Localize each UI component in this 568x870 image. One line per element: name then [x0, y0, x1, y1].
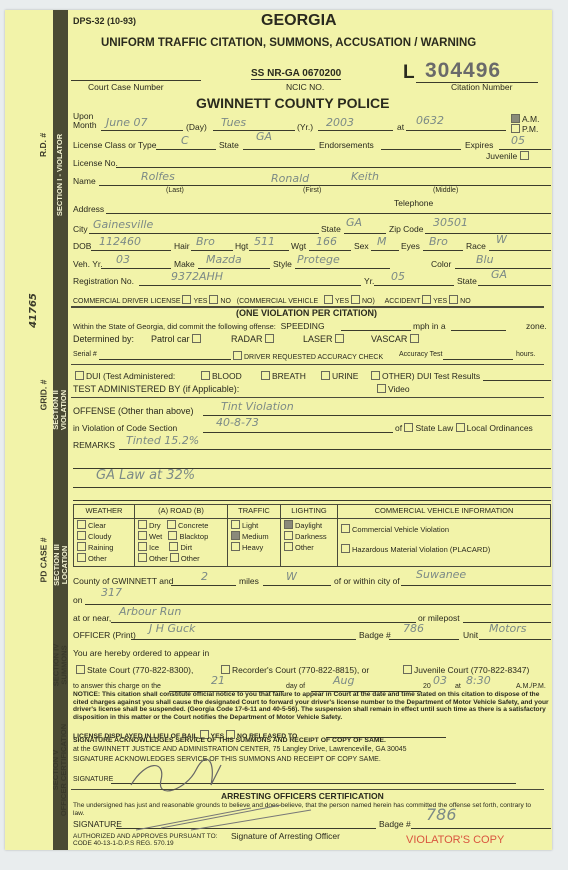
state-title: GEORGIA: [261, 12, 337, 30]
sex-value[interactable]: M: [377, 235, 387, 248]
make-value[interactable]: Mazda: [206, 253, 242, 266]
court-time-value[interactable]: 8:30: [466, 674, 491, 687]
state-court-checkbox[interactable]: [76, 665, 85, 674]
license-state-value[interactable]: GA: [256, 130, 272, 143]
remarks-line-1[interactable]: Tinted 15.2%: [126, 434, 199, 447]
urine-checkbox[interactable]: [321, 371, 330, 380]
state-law-checkbox[interactable]: [404, 423, 413, 432]
near-value[interactable]: Arbour Run: [119, 605, 181, 618]
lighting-options: Daylight Darkness Other: [281, 519, 338, 567]
one-violation-heading: (ONE VIOLATION PER CITATION): [236, 308, 377, 318]
eyes-value[interactable]: Bro: [429, 235, 448, 248]
section-2-label: SECTION II VIOLATION: [53, 375, 68, 445]
cdl-no-checkbox[interactable]: [209, 295, 218, 304]
day-value[interactable]: Tues: [221, 116, 246, 129]
weight-value[interactable]: 166: [316, 235, 337, 248]
pm-checkbox[interactable]: [511, 124, 520, 133]
blood-checkbox[interactable]: [201, 371, 210, 380]
cv-no-checkbox[interactable]: [351, 295, 360, 304]
race-value[interactable]: W: [496, 233, 507, 246]
dob-value[interactable]: 112460: [99, 235, 141, 248]
city-state-value[interactable]: GA: [346, 216, 362, 229]
breath-checkbox[interactable]: [261, 371, 270, 380]
citation-number: 304496: [425, 59, 501, 83]
other-test-checkbox[interactable]: [371, 371, 380, 380]
road-options: Dry Concrete Wet Blacktop Ice Dirt Other…: [135, 519, 228, 567]
pd-case-label: PD CASE #: [35, 530, 51, 590]
remarks-line-2[interactable]: GA Law at 32%: [96, 468, 195, 483]
color-value[interactable]: Blu: [476, 253, 494, 266]
agency-title: GWINNETT COUNTY POLICE: [196, 95, 389, 111]
registration-year-value[interactable]: 05: [391, 270, 405, 283]
video-checkbox[interactable]: [377, 384, 386, 393]
miles-value[interactable]: 2: [201, 570, 208, 583]
commercial-vehicle-options: Commercial Vehicle Violation Hazardous M…: [338, 519, 551, 567]
first-name-value[interactable]: Ronald: [271, 172, 309, 185]
year-value[interactable]: 2003: [326, 116, 354, 129]
conditions-table: WEATHER (A) ROAD (B) TRAFFIC LIGHTING CO…: [73, 504, 551, 567]
unit-value[interactable]: Motors: [489, 622, 527, 635]
form-id: DPS-32 (10-93): [73, 16, 136, 26]
court-month-value[interactable]: Aug: [333, 674, 354, 687]
method-vascar: VASCAR: [371, 334, 421, 344]
violators-copy-label: VIOLATOR'S COPY: [406, 834, 504, 846]
on-road-value[interactable]: 317: [101, 586, 122, 599]
ncic-value: SS NR-GA 0670200: [251, 68, 341, 80]
accuracy-check-checkbox[interactable]: [233, 351, 242, 360]
direction-value[interactable]: W: [286, 570, 297, 583]
ncic-label: NCIC NO.: [286, 82, 324, 92]
officer-signature: [131, 800, 331, 835]
certification-badge-value[interactable]: 786: [426, 805, 457, 824]
traffic-options: Light Medium Heavy: [228, 519, 281, 567]
style-value[interactable]: Protege: [297, 253, 340, 266]
license-class-value[interactable]: C: [181, 134, 189, 147]
officer-badge-value[interactable]: 786: [403, 622, 424, 635]
time-value[interactable]: 0632: [416, 114, 444, 127]
recorders-court-checkbox[interactable]: [221, 665, 230, 674]
code-section-value[interactable]: 40-8-73: [216, 416, 259, 429]
citation-prefix: L: [403, 62, 415, 84]
section-3-label: SECTION III LOCATION: [53, 535, 68, 595]
method-laser: LASER: [303, 334, 346, 344]
accident-no-checkbox[interactable]: [449, 295, 458, 304]
height-value[interactable]: 511: [254, 235, 275, 248]
officer-name-value[interactable]: J H Guck: [149, 622, 195, 635]
form-subtitle: UNIFORM TRAFFIC CITATION, SUMMONS, ACCUS…: [101, 37, 476, 49]
cdl-yes-checkbox[interactable]: [182, 295, 191, 304]
vehicle-year-value[interactable]: 03: [116, 253, 130, 266]
weather-options: Clear Cloudy Raining Other: [74, 519, 135, 567]
month-value[interactable]: June 07: [106, 116, 147, 129]
grid-label: GRID. #: [35, 370, 51, 420]
offense-value[interactable]: Tint Violation: [221, 400, 294, 413]
city-of-value[interactable]: Suwanee: [416, 568, 466, 581]
grid-value: 41765: [25, 260, 41, 360]
court-year-value[interactable]: 03: [433, 674, 447, 687]
am-checkbox[interactable]: [511, 114, 520, 123]
cv-yes-checkbox[interactable]: [324, 295, 333, 304]
section-1-label: SECTION I - VIOLATOR: [53, 110, 68, 240]
citation-label: Citation Number: [451, 82, 512, 92]
court-case-label: Court Case Number: [88, 82, 164, 92]
zip-value[interactable]: 30501: [433, 216, 468, 229]
registration-value[interactable]: 9372AHH: [171, 270, 223, 283]
notice-text: NOTICE: This citation shall constitute o…: [73, 691, 551, 721]
court-day-value[interactable]: 21: [211, 674, 225, 687]
expires-value[interactable]: 05: [511, 134, 525, 147]
middle-name-value[interactable]: Keith: [351, 170, 379, 183]
last-name-value[interactable]: Rolfes: [141, 170, 175, 183]
city-value[interactable]: Gainesville: [93, 218, 153, 231]
accident-yes-checkbox[interactable]: [422, 295, 431, 304]
section-5-label: SECTION V OFFICER CERTIFICATION: [53, 715, 68, 825]
dui-checkbox[interactable]: [75, 371, 84, 380]
section-4-label: SECTION IV SUMMONS: [53, 635, 68, 695]
citation-form: R.D. # GRID. # 41765 PD CASE # SECTION I…: [5, 10, 552, 850]
method-radar: RADAR: [231, 334, 276, 344]
local-ord-checkbox[interactable]: [456, 423, 465, 432]
hair-value[interactable]: Bro: [196, 235, 215, 248]
method-patrol: Patrol car: [151, 334, 203, 344]
rd-label: R.D. #: [35, 120, 51, 170]
registration-state-value[interactable]: GA: [491, 268, 507, 281]
juvenile-checkbox[interactable]: [520, 151, 529, 160]
juvenile-court-checkbox[interactable]: [403, 665, 412, 674]
